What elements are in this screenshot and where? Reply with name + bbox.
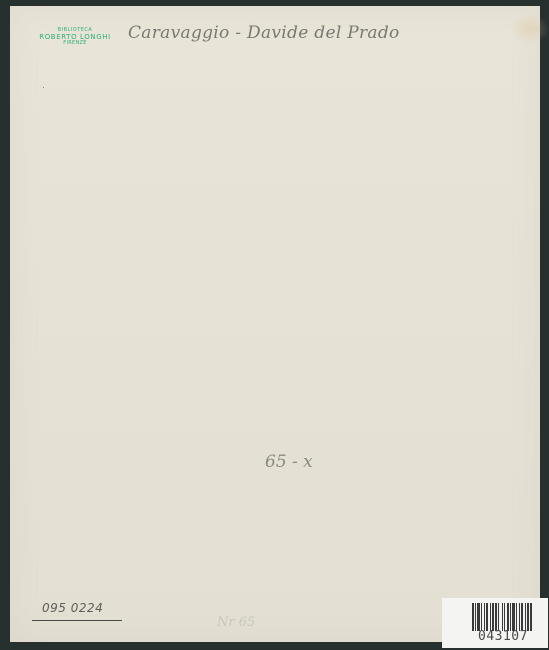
barcode-label: 043107	[442, 598, 548, 648]
stamp-line-3: FIRENZE	[30, 41, 120, 47]
library-stamp: BIBLIOTECA ROBERTO LONGHI FIRENZE	[30, 28, 120, 47]
age-stain	[510, 14, 549, 44]
handwritten-title: Caravaggio - Davide del Prado	[128, 23, 400, 43]
photo-verso: BIBLIOTECA ROBERTO LONGHI FIRENZE Carava…	[10, 6, 540, 642]
speck	[43, 87, 44, 88]
barcode-icon	[472, 603, 539, 631]
faint-pencil-note: Nr 65	[217, 615, 255, 630]
inventory-underline	[32, 620, 122, 621]
handwritten-reference: 65 - x	[265, 452, 313, 472]
inventory-number: 095 0224	[42, 601, 103, 615]
barcode-number: 043107	[478, 629, 528, 644]
